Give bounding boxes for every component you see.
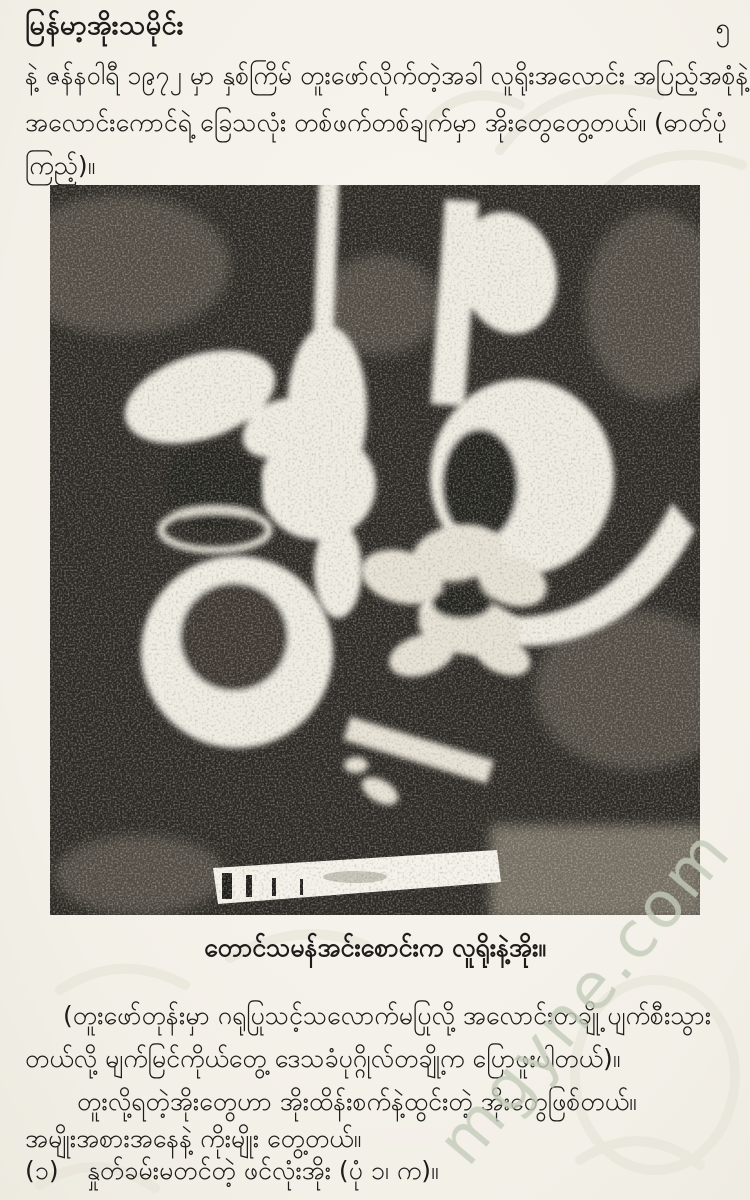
excavation-photo-art [50,185,700,915]
intro-line-2: အလောင်းကောင်ရဲ့ ခြေသလုံး တစ်ဖက်တစ်ချက်မှ… [25,105,727,141]
excavation-photo [50,185,700,915]
note-line-1: (တူးဖော်တုန်းမှာ ဂရုပြုသင့်သလောက်မပြုလို… [25,998,750,1034]
note-line-2: တယ်လို့ မျက်မြင်ကိုယ်တွေ့ ဒေသခံပုဂ္ဂိုလ်… [25,1041,727,1077]
book-page: မြန်မာ့အိုးသမိုင်း ၅ နဲ့ ဇန်နဝါရီ ၁၉၇၂ မ… [0,0,750,1200]
intro-line-1: နဲ့ ဇန်နဝါရီ ၁၉၇၂ မှာ နှစ်ကြိမ် တူးဖော်လ… [25,58,727,94]
pots-line-1: တူးလို့ရတဲ့အိုးတွေဟာ အိုးထိန်းစက်နဲ့ထွင်… [25,1084,750,1120]
photo-grain-black [50,185,700,915]
list-item-1-marker: (၁) [25,1155,87,1192]
photo-caption: တောင်သမန်အင်းစောင်းက လူရိုးနဲ့အိုး။ [0,932,750,969]
list-item-1-text: နှုတ်ခမ်းမတင်တဲ့ ဖင်လုံးအိုး (ပုံ ၁၊ က)။ [87,1156,439,1185]
list-item-1: (၁)နှုတ်ခမ်းမတင်တဲ့ ဖင်လုံးအိုး (ပုံ ၁၊ … [25,1155,727,1192]
page-number: ၅ [690,10,730,49]
page-title: မြန်မာ့အိုးသမိုင်း [25,8,445,48]
pots-line-2: အမျိုးအစားအနေနဲ့ ကိုးမျိုး တွေ့တယ်။ [25,1121,727,1157]
intro-line-3: ကြည့်)။ [25,148,727,184]
